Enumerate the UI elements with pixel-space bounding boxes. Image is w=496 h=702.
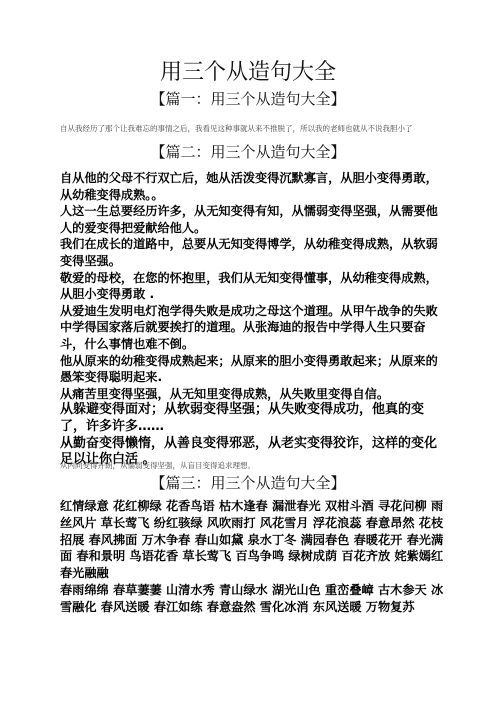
section-2-paragraph: 我们在成长的道路中，总要从无知变得博学，从幼稚变得成熟，从软弱变得坚强。 (60, 236, 440, 269)
section-2-paragraph: 敬爱的母校，在您的怀抱里，我们从无知变得懂事，从幼稚变得成熟，从胆小变得勇敢 . (60, 270, 440, 303)
section-2-paragraph: 从躲避变得面对；从软弱变得坚强；从失败变得成功，他真的变了，许多许多…… (60, 402, 440, 435)
section-2-footnote: 从内向变得开朗，从懦弱变得坚强，从盲目变得追求理想。 (60, 461, 440, 470)
section-3-heading: 【篇三：用三个从造句大全】 (0, 474, 496, 492)
section-2-paragraph: 从爱迪生发明电灯泡学得失败是成功之母这个道理。从甲午战争的失败中学得国家落后就要… (60, 303, 440, 353)
section-2-paragraph: 人这一生总要经历许多，从无知变得有知，从懦弱变得坚强，从需要他人的爱变得把爱献给… (60, 203, 440, 236)
document-page: 用三个从造句大全 【篇一：用三个从造句大全】 自从我经历了那个让我难忘的事情之后… (0, 0, 496, 702)
section-2-body: 自从他的父母不行双亡后，她从活泼变得沉默寡言，从胆小变得勇敢，从幼稚变得成熟。。… (60, 170, 440, 469)
section-2-paragraph: 他从原来的幼稚变得成熟起来；从原来的胆小变得勇敢起来；从原来的愚笨变得聪明起来. (60, 353, 440, 386)
idiom-block: 春雨绵绵 春草萋萋 山清水秀 青山绿水 湖光山色 重峦叠嶂 古木参天 冰雪融化 … (60, 582, 450, 616)
section-2-paragraph: 自从他的父母不行双亡后，她从活泼变得沉默寡言，从胆小变得勇敢，从幼稚变得成熟。。 (60, 170, 440, 203)
document-title: 用三个从造句大全 (0, 60, 496, 86)
section-1-heading: 【篇一：用三个从造句大全】 (0, 90, 496, 108)
idiom-block: 红情绿意 花红柳绿 花香鸟语 枯木逢春 漏泄春光 双柑斗酒 寻花问柳 雨丝风片 … (60, 498, 450, 582)
section-2-heading: 【篇二：用三个从造句大全】 (0, 143, 496, 161)
section-1-paragraph: 自从我经历了那个让我难忘的事情之后，我看见这种事就从来不推脱了，所以我的老师也就… (60, 124, 440, 133)
section-2-paragraph: 从痛苦里变得坚强，从无知里变得成熟，从失败里变得自信。 (60, 386, 440, 403)
section-3-idioms: 红情绿意 花红柳绿 花香鸟语 枯木逢春 漏泄春光 双柑斗酒 寻花问柳 雨丝风片 … (60, 498, 450, 616)
